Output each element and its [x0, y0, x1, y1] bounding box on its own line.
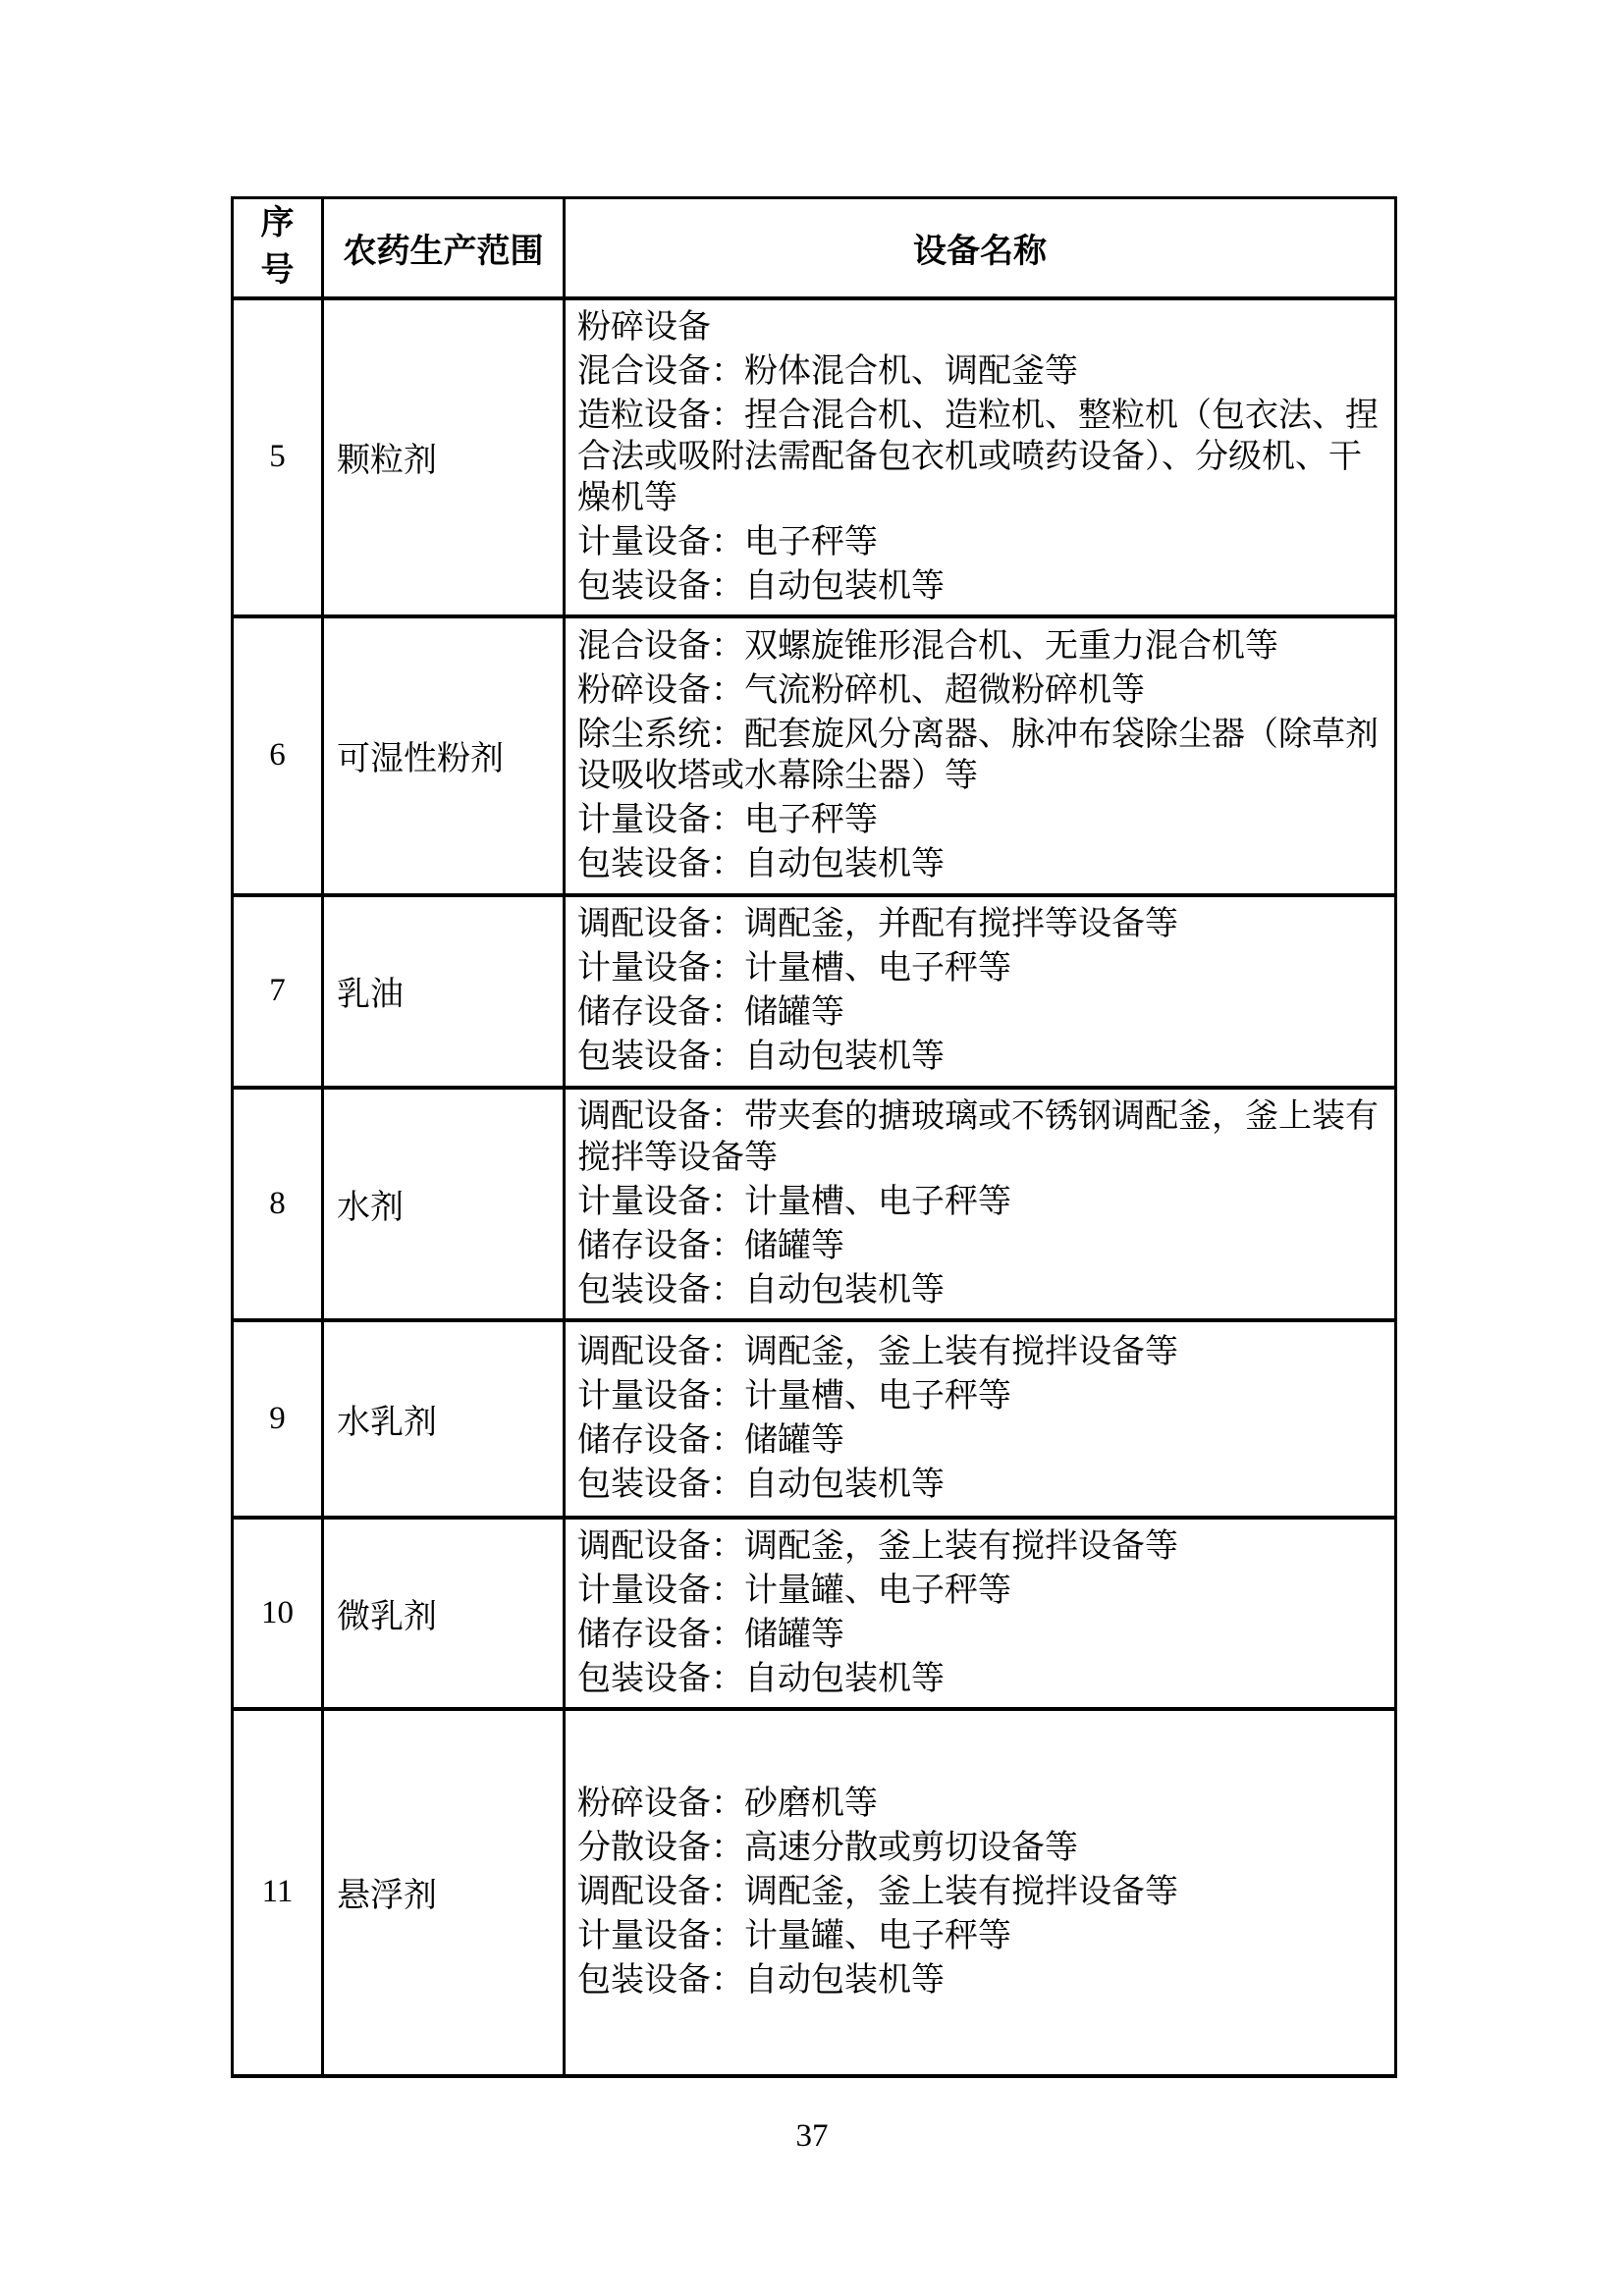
- table-row: 5 颗粒剂 粉碎设备 混合设备：粉体混合机、调配釜等 造粒设备：捏合混合机、造粒…: [233, 298, 1396, 616]
- row-number-cell: 7: [233, 895, 323, 1088]
- equipment-line: 分散设备：高速分散或剪切设备等: [577, 1828, 1382, 1869]
- equipment-cell: 调配设备：调配釜，并配有搅拌等设备等 计量设备：计量槽、电子秤等 储存设备：储罐…: [565, 895, 1396, 1088]
- table-row: 11 悬浮剂 粉碎设备：砂磨机等 分散设备：高速分散或剪切设备等 调配设备：调配…: [233, 1709, 1396, 2076]
- equipment-line: 调配设备：调配釜，釜上装有搅拌设备等: [577, 1332, 1382, 1373]
- equipment-line: 储存设备：储罐等: [577, 1615, 1382, 1656]
- row-number-cell: 5: [233, 298, 323, 616]
- equipment-line: 计量设备：计量罐、电子秤等: [577, 1916, 1382, 1957]
- equipment-line: 调配设备：调配釜，釜上装有搅拌设备等: [577, 1872, 1382, 1913]
- equipment-cell: 调配设备：调配釜，釜上装有搅拌设备等 计量设备：计量槽、电子秤等 储存设备：储罐…: [565, 1320, 1396, 1518]
- equipment-line: 包装设备：自动包装机等: [577, 1465, 1382, 1506]
- equipment-line: 包装设备：自动包装机等: [577, 1037, 1382, 1078]
- scope-cell: 悬浮剂: [323, 1709, 565, 2076]
- equipment-line: 混合设备：双螺旋锥形混合机、无重力混合机等: [577, 626, 1382, 667]
- equipment-line: 包装设备：自动包装机等: [577, 1960, 1382, 2002]
- equipment-line: 包装设备：自动包装机等: [577, 1659, 1382, 1700]
- scope-cell: 可湿性粉剂: [323, 616, 565, 895]
- equipment-line: 计量设备：计量槽、电子秤等: [577, 948, 1382, 989]
- equipment-line: 调配设备：调配釜，釜上装有搅拌设备等: [577, 1526, 1382, 1568]
- page-number: 37: [0, 2118, 1624, 2155]
- equipment-line: 粉碎设备：气流粉碎机、超微粉碎机等: [577, 670, 1382, 712]
- equipment-line: 计量设备：电子秤等: [577, 800, 1382, 841]
- row-number-cell: 8: [233, 1088, 323, 1320]
- equipment-line: 储存设备：储罐等: [577, 992, 1382, 1034]
- table-row: 9 水乳剂 调配设备：调配釜，釜上装有搅拌设备等 计量设备：计量槽、电子秤等 储…: [233, 1320, 1396, 1518]
- equipment-line: 计量设备：计量槽、电子秤等: [577, 1182, 1382, 1223]
- equipment-line: 粉碎设备: [577, 307, 1382, 348]
- header-no-line2: 号: [234, 247, 321, 294]
- equipment-cell: 粉碎设备：砂磨机等 分散设备：高速分散或剪切设备等 调配设备：调配釜，釜上装有搅…: [565, 1709, 1396, 2076]
- scope-cell: 微乳剂: [323, 1518, 565, 1709]
- document-page: 序 号 农药生产范围 设备名称 5 颗粒剂 粉碎设备 混合设备：粉体混合机、调配…: [0, 0, 1624, 2296]
- equipment-line: 造粒设备：捏合混合机、造粒机、整粒机（包衣法、捏合法或吸附法需配备包衣机或喷药设…: [577, 396, 1382, 519]
- header-equipment: 设备名称: [565, 198, 1396, 298]
- scope-cell: 乳油: [323, 895, 565, 1088]
- table-header-row: 序 号 农药生产范围 设备名称: [233, 198, 1396, 298]
- equipment-line: 包装设备：自动包装机等: [577, 844, 1382, 885]
- equipment-line: 计量设备：计量罐、电子秤等: [577, 1571, 1382, 1612]
- equipment-cell: 调配设备：带夹套的搪玻璃或不锈钢调配釜，釜上装有搅拌等设备等 计量设备：计量槽、…: [565, 1088, 1396, 1320]
- row-number-cell: 10: [233, 1518, 323, 1709]
- header-no-line1: 序: [234, 200, 321, 247]
- header-no: 序 号: [233, 198, 323, 298]
- table-row: 6 可湿性粉剂 混合设备：双螺旋锥形混合机、无重力混合机等 粉碎设备：气流粉碎机…: [233, 616, 1396, 895]
- scope-cell: 水剂: [323, 1088, 565, 1320]
- scope-cell: 水乳剂: [323, 1320, 565, 1518]
- table-row: 8 水剂 调配设备：带夹套的搪玻璃或不锈钢调配釜，釜上装有搅拌等设备等 计量设备…: [233, 1088, 1396, 1320]
- equipment-line: 储存设备：储罐等: [577, 1226, 1382, 1267]
- equipment-line: 包装设备：自动包装机等: [577, 566, 1382, 608]
- equipment-cell: 调配设备：调配釜，釜上装有搅拌设备等 计量设备：计量罐、电子秤等 储存设备：储罐…: [565, 1518, 1396, 1709]
- equipment-line: 计量设备：计量槽、电子秤等: [577, 1376, 1382, 1417]
- row-number-cell: 11: [233, 1709, 323, 2076]
- equipment-line: 除尘系统：配套旋风分离器、脉冲布袋除尘器（除草剂设吸收塔或水幕除尘器）等: [577, 715, 1382, 797]
- scope-cell: 颗粒剂: [323, 298, 565, 616]
- equipment-line: 计量设备：电子秤等: [577, 522, 1382, 563]
- equipment-line: 调配设备：带夹套的搪玻璃或不锈钢调配釜，釜上装有搅拌等设备等: [577, 1096, 1382, 1179]
- production-scope-table: 序 号 农药生产范围 设备名称 5 颗粒剂 粉碎设备 混合设备：粉体混合机、调配…: [231, 196, 1397, 2078]
- header-scope: 农药生产范围: [323, 198, 565, 298]
- row-number-cell: 6: [233, 616, 323, 895]
- table-row: 10 微乳剂 调配设备：调配釜，釜上装有搅拌设备等 计量设备：计量罐、电子秤等 …: [233, 1518, 1396, 1709]
- table-row: 7 乳油 调配设备：调配釜，并配有搅拌等设备等 计量设备：计量槽、电子秤等 储存…: [233, 895, 1396, 1088]
- equipment-line: 包装设备：自动包装机等: [577, 1270, 1382, 1311]
- equipment-line: 混合设备：粉体混合机、调配釜等: [577, 351, 1382, 393]
- equipment-cell: 混合设备：双螺旋锥形混合机、无重力混合机等 粉碎设备：气流粉碎机、超微粉碎机等 …: [565, 616, 1396, 895]
- equipment-cell: 粉碎设备 混合设备：粉体混合机、调配釜等 造粒设备：捏合混合机、造粒机、整粒机（…: [565, 298, 1396, 616]
- row-number-cell: 9: [233, 1320, 323, 1518]
- equipment-line: 储存设备：储罐等: [577, 1420, 1382, 1462]
- equipment-line: 调配设备：调配釜，并配有搅拌等设备等: [577, 904, 1382, 945]
- equipment-line: 粉碎设备：砂磨机等: [577, 1784, 1382, 1825]
